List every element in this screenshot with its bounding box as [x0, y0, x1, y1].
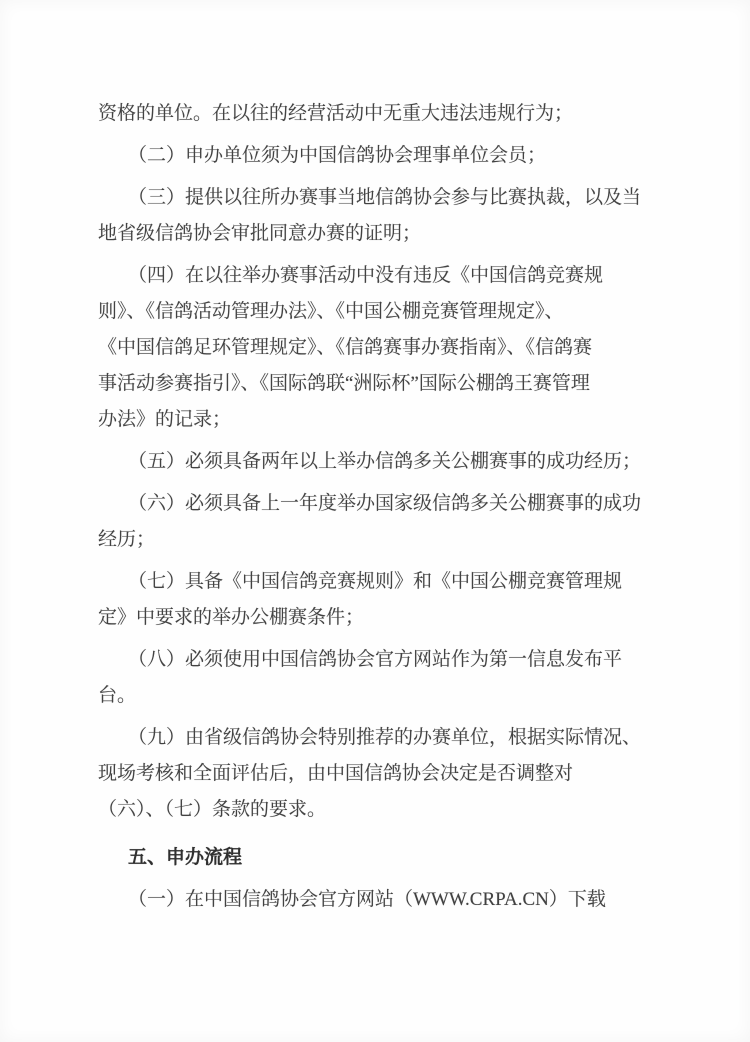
text-line-process-item-1: （一）在中国信鸽协会官方网站（WWW.CRPA.CN）下载	[98, 882, 655, 918]
document-text-block: 资格的单位。在以往的经营活动中无重大违法违规行为； （二）申办单位须为中国信鸽协…	[0, 0, 750, 918]
text-line-item-4-cont1: 则》、《信鸽活动管理办法》、《中国公棚竞赛管理规定》、	[98, 294, 655, 330]
text-line-item-9: （九）由省级信鸽协会特别推荐的办赛单位，根据实际情况、	[98, 720, 655, 756]
text-line-item-9-cont2: （六）、（七）条款的要求。	[98, 792, 655, 828]
text-line-item-9-cont1: 现场考核和全面评估后，由中国信鸽协会决定是否调整对	[98, 756, 655, 792]
text-line-item-5: （五）必须具备两年以上举办信鸽多关公棚赛事的成功经历；	[98, 444, 655, 480]
text-line-item-3-cont: 地省级信鸽协会审批同意办赛的证明；	[98, 216, 655, 252]
text-line-item-2: （二）申办单位须为中国信鸽协会理事单位会员；	[98, 138, 655, 174]
text-line-item-3: （三）提供以往所办赛事当地信鸽协会参与比赛执裁，以及当	[98, 180, 655, 216]
text-line-item-4-cont2: 《中国信鸽足环管理规定》、《信鸽赛事办赛指南》、《信鸽赛	[98, 330, 655, 366]
text-line-item-6: （六）必须具备上一年度举办国家级信鸽多关公棚赛事的成功	[98, 486, 655, 522]
text-line-item-7: （七）具备《中国信鸽竞赛规则》和《中国公棚竞赛管理规	[98, 564, 655, 600]
section-heading-application-process: 五、申办流程	[98, 840, 655, 876]
text-line-item-8: （八）必须使用中国信鸽协会官方网站作为第一信息发布平	[98, 642, 655, 678]
text-line-continuation: 资格的单位。在以往的经营活动中无重大违法违规行为；	[98, 96, 655, 132]
text-line-item-7-cont: 定》中要求的举办公棚赛条件；	[98, 600, 655, 636]
document-page: 资格的单位。在以往的经营活动中无重大违法违规行为； （二）申办单位须为中国信鸽协…	[0, 0, 750, 1042]
text-line-item-4-cont4: 办法》的记录；	[98, 402, 655, 438]
text-line-item-4: （四）在以往举办赛事活动中没有违反《中国信鸽竞赛规	[98, 258, 655, 294]
text-line-item-4-cont3: 事活动参赛指引》、《国际鸽联“洲际杯”国际公棚鸽王赛管理	[98, 366, 655, 402]
text-line-item-8-cont: 台。	[98, 678, 655, 714]
text-line-item-6-cont: 经历；	[98, 522, 655, 558]
